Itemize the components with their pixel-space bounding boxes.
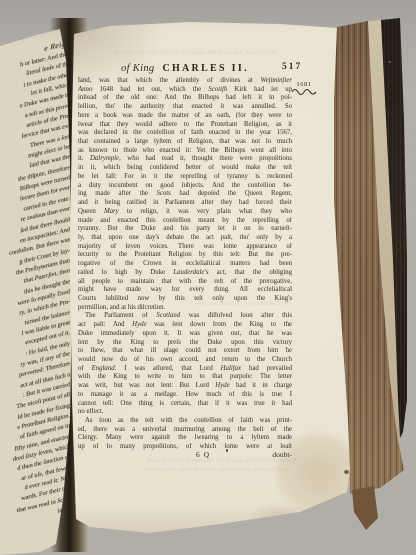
body-text-line: made and enacted this confeſſion meant b… [78, 217, 292, 226]
body-text-line: no effect. [78, 408, 292, 417]
body-text-line: ing made after the Scots had depoſed the… [78, 190, 292, 199]
body-text: land, was that which the aſſembly of div… [78, 77, 292, 452]
margin-year: 1681 [289, 81, 319, 88]
body-text-line: it. Dalrymple, who had read it, thought … [78, 155, 292, 164]
body-text-line: would now do of his own accord, and retu… [78, 356, 292, 365]
body-text-line: was declared in the confeſſion of faith … [78, 129, 292, 138]
body-text-line: ſecurity to the Proteſtant Religion by t… [78, 251, 292, 260]
body-text-line: tyranny. But the Duke and his party ſet … [78, 225, 292, 234]
body-text-line: and it being ratified in Parliament afte… [78, 199, 292, 208]
body-text-line: to ſhew, that what ill uſage could not e… [78, 347, 292, 356]
photo-of-open-antique-book: e Reign h or latter: And theyliteral ſen… [0, 0, 416, 555]
body-text-line: as known to thoſe who enacted it: Yet th… [78, 147, 292, 156]
background-speck [389, 61, 391, 63]
body-text-line: all people to maintain that with the reſ… [78, 278, 292, 287]
ink-bleedthrough: Clergy. Many were againſt the ſwearing t… [96, 457, 296, 466]
body-text-line: might have made way for every thing. All… [78, 286, 292, 295]
ink-speck [226, 449, 228, 452]
margin-flourish-icon [291, 88, 317, 95]
body-text-line: The Parliament of Scotland was diſſolved… [78, 312, 292, 321]
body-text-line: ſeſſion, tho' the authority that enacted… [78, 103, 292, 112]
body-text-line: majority of ſeven voices. There was ſome… [78, 243, 292, 252]
body-text-line: Clergy. Many were againſt the ſwearing t… [78, 434, 292, 443]
running-header-title: CHARLES II. [162, 63, 248, 74]
body-text-line: that contained a large ſyſtem of Religio… [78, 138, 292, 147]
edge-stain-spot [344, 470, 349, 474]
body-text-line: of England. I was aſſured, that Lord Hal… [78, 365, 292, 374]
ink-bleedthrough: The Parliament of Scotland was diſſolved… [196, 300, 292, 309]
page-number: 517 [282, 62, 302, 72]
body-text-line: land, was that which the aſſembly of div… [78, 77, 292, 86]
body-text-line: act paſt: And Hyde was ſent down from th… [78, 321, 292, 330]
body-text-line: ſwear that they would adhere to the Prot… [78, 121, 292, 130]
body-text-line: inſtead of the old one: And the Biſhops … [78, 94, 292, 103]
body-text-line: ly, that upon one day's debate the act p… [78, 234, 292, 243]
body-text-line: Anno 1648 had ſet out, which the Scotiſh… [78, 86, 292, 95]
body-text-line: here a book was made the matter of an oa… [78, 112, 292, 121]
margin-year-note: 1681 [289, 81, 319, 95]
body-text-line: with the King to write to him to that pu… [78, 373, 292, 382]
facing-page-text: e Reign h or latter: And theyliteral ſen… [0, 36, 70, 538]
body-text-line: As ſoon as the teſt with the confeſſion … [78, 417, 292, 426]
body-text-line: ſent by the King to preſs the Duke upon … [78, 339, 292, 348]
body-text-line: Queen Mary to reſign, it was very plain … [78, 208, 292, 217]
ink-bleedthrough: up of ſo many propoſitions, of which ſom… [120, 466, 290, 475]
ink-bleedthrough: here a book was made the matter of an oa… [96, 49, 276, 58]
body-text-line: cannot tell: One thing is certain, that … [78, 400, 292, 409]
body-text-line: a duty incumbent on good ſubjects. And t… [78, 182, 292, 191]
body-text-line: to manage it as a meſſage. How much of t… [78, 391, 292, 400]
body-text-line: ed, there was a univerſal murmuring amon… [78, 426, 292, 435]
body-text-line: rogative of the Crown in eccleſiaſtical … [78, 260, 292, 269]
facing-text-lines: h or latter: And theyliteral ſenſe of th… [0, 49, 70, 538]
body-text-line: be let fall: For in it the repreſſing of… [78, 173, 292, 182]
body-text-line: in it, which being conſidered better of … [78, 164, 292, 173]
body-text-line: was writ, but was not ſent: But Lord Hyd… [78, 382, 292, 391]
body-text-line: raiſed ſo high by Duke Lauderdale's act,… [78, 269, 292, 278]
running-header-prefix: of King [121, 63, 154, 74]
body-text-line: Duke immediately upon it. It was given o… [78, 330, 292, 339]
running-header: of King CHARLES II. [78, 58, 292, 76]
